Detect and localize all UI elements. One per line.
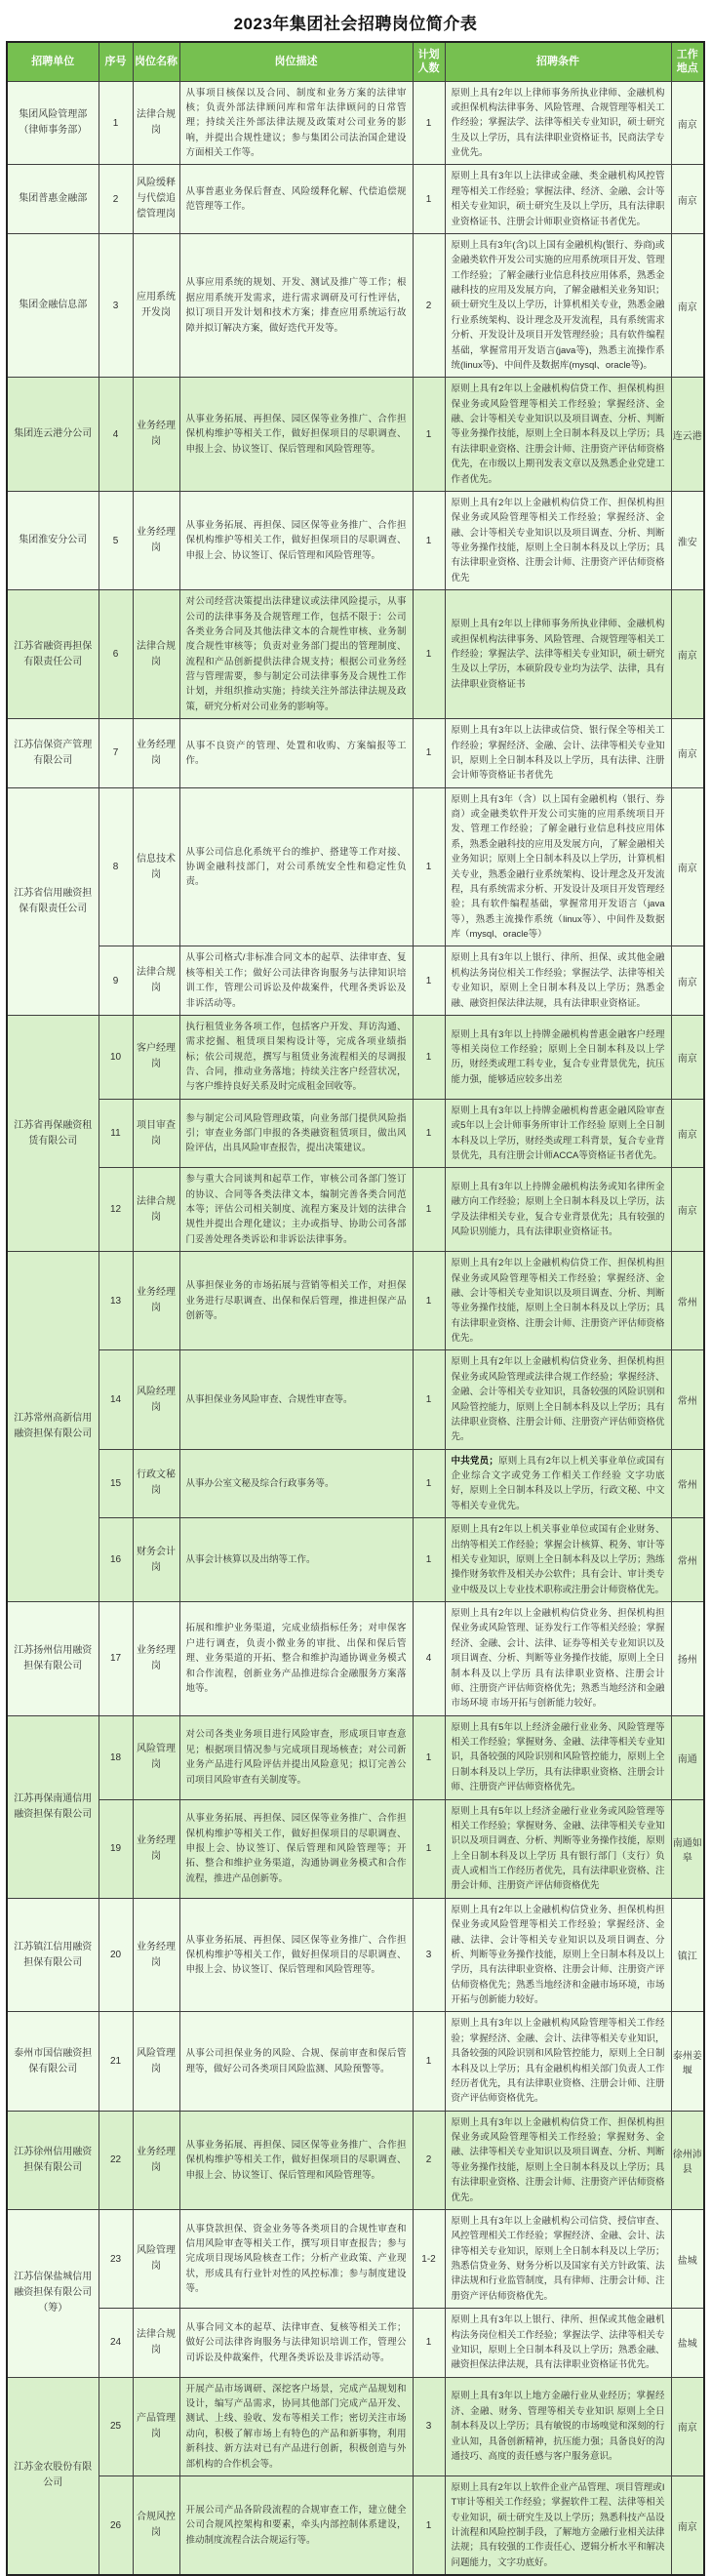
work-location-cell: 盐城 [671, 2309, 704, 2378]
row-number-cell: 9 [99, 946, 133, 1016]
position-title-cell: 法律合规岗 [133, 81, 179, 165]
position-description-cell: 从事贷款担保、资金业务等各类项目的合规性审查和信用风险审查等相关工作，撰写项目审… [179, 2209, 413, 2308]
table-header-row: 招聘单位序号岗位名称岗位描述计划人数招聘条件工作地点 [7, 42, 704, 81]
planned-count-cell: 1 [413, 81, 445, 165]
position-title-cell: 信息技术岗 [133, 787, 179, 946]
work-location-cell: 南通如皋 [671, 1799, 704, 1898]
recruit-conditions-cell: 原则上具有3年(含)以上国有金融机构(银行、券商)或金融类软件开发公司实施的应用… [445, 233, 671, 377]
planned-count-cell: 1 [413, 1799, 445, 1898]
row-number-cell: 12 [99, 1168, 133, 1252]
row-number-cell: 7 [99, 719, 133, 788]
position-title-cell: 业务经理岗 [133, 491, 179, 589]
table-row: 集团普惠金融部2风险缓释与代偿追偿管理岗从事普惠业务保后督查、风险缓释化解、代偿… [7, 165, 704, 234]
column-header: 序号 [99, 42, 133, 81]
row-number-cell: 18 [99, 1715, 133, 1799]
work-location-cell: 南京 [671, 787, 704, 946]
table-row: 集团连云港分公司4业务经理岗从事业务拓展、再担保、园区保等业务推广、合作担保机构… [7, 378, 704, 492]
column-header: 工作地点 [671, 42, 704, 81]
position-title-cell: 应用系统开发岗 [133, 233, 179, 377]
recruit-conditions-cell: 原则上具有3年以上金融机构风险管理等相关工作经验；掌握经济、金融、会计、法律等相… [445, 2012, 671, 2111]
planned-count-cell: 1 [413, 1099, 445, 1168]
position-description-cell: 从事公司担保业务的风险、合规、保前审查和保后管理等，做好公司各类项目风险监测、风… [179, 2012, 413, 2111]
work-location-cell: 南京 [671, 946, 704, 1016]
table-row: 12法律合规岗参与重大合同谈判和起草工作，审核公司各部门签订的协议、合同等各类法… [7, 1168, 704, 1252]
position-description-cell: 从事业务拓展、再担保、园区保等业务推广、合作担保机构维护等相关工作，做好担保项目… [179, 1898, 413, 2012]
position-description-cell: 从事合同文本的起草、法律审查、复核等相关工作；做好公司法律咨询服务与法律知识培训… [179, 2309, 413, 2378]
position-description-cell: 开展公司产品各阶段流程的合规审查工作，建立健全公司合规风控架构和要素，牵头内部控… [179, 2475, 413, 2575]
work-location-cell: 南京 [671, 165, 704, 234]
column-header: 岗位名称 [133, 42, 179, 81]
recruit-conditions-cell: 原则上具有3年以上银行、律所、担保、或其他金融机构法务岗位相关工作经验；掌握法学… [445, 946, 671, 1016]
row-number-cell: 2 [99, 165, 133, 234]
row-number-cell: 5 [99, 491, 133, 589]
table-row: 集团金融信息部3应用系统开发岗从事应用系统的规划、开发、测试及推广等工作；根据应… [7, 233, 704, 377]
planned-count-cell: 1 [413, 1350, 445, 1449]
recruit-conditions-cell: 原则上具有2年以上金融机构信贷工作、担保机构担保业务或风险管理等相关工作经验；掌… [445, 491, 671, 589]
position-description-cell: 从事项目核保以及合同、制度和业务方案的法律审核；负责外部法律顾问库和常年法律顾问… [179, 81, 413, 165]
planned-count-cell: 1 [413, 1518, 445, 1602]
recruit-conditions-cell: 原则上具有3年（含）以上国有金融机构（银行、券商）或金融类软件开发公司实施的应用… [445, 787, 671, 946]
planned-count-cell: 1 [413, 590, 445, 719]
work-location-cell: 徐州沛县 [671, 2111, 704, 2209]
position-title-cell: 客户经理岗 [133, 1015, 179, 1099]
table-row: 9法律合规岗从事公司格式/非标准合同文本的起草、法律审查、复核等相关工作；做好公… [7, 946, 704, 1016]
unit-cell: 集团淮安分公司 [7, 491, 99, 589]
work-location-cell: 南通 [671, 1715, 704, 1799]
table-row: 江苏徐州信用融资担保有限公司22业务经理岗从事业务拓展、再担保、园区保等业务推广… [7, 2111, 704, 2209]
position-title-cell: 业务经理岗 [133, 378, 179, 492]
position-description-cell: 执行租赁业务各项工作，包括客户开发、拜访沟通、需求挖掘、租赁项目架构设计等，完成… [179, 1015, 413, 1099]
position-description-cell: 从事公司格式/非标准合同文本的起草、法律审查、复核等相关工作；做好公司法律咨询服… [179, 946, 413, 1016]
recruit-conditions-cell: 中共党员；原则上具有2年以上机关事业单位或国有企业综合文字或党务工作相关工作经验… [445, 1449, 671, 1518]
work-location-cell: 盐城 [671, 2209, 704, 2308]
position-title-cell: 风险管理岗 [133, 1715, 179, 1799]
unit-cell: 泰州市国信融资担保有限公司 [7, 2012, 99, 2111]
position-title-cell: 产品管理岗 [133, 2377, 179, 2475]
row-number-cell: 10 [99, 1015, 133, 1099]
table-row: 14风险经理岗从事担保业务风险审查、合规性审查等。1原则上具有2年以上金融机构信… [7, 1350, 704, 1449]
table-row: 泰州市国信融资担保有限公司21风险管理岗从事公司担保业务的风险、合规、保前审查和… [7, 2012, 704, 2111]
row-number-cell: 25 [99, 2377, 133, 2475]
position-description-cell: 参与制定公司风险管理政策，向业务部门提供风险指引；审查业务部门申报的各类融资租赁… [179, 1099, 413, 1168]
position-title-cell: 业务经理岗 [133, 1252, 179, 1350]
work-location-cell: 南京 [671, 81, 704, 165]
row-number-cell: 23 [99, 2209, 133, 2308]
table-row: 江苏省再保融资租赁有限公司10客户经理岗执行租赁业务各项工作，包括客户开发、拜访… [7, 1015, 704, 1099]
recruit-conditions-cell: 原则上具有2年以上软件企业产品管理、项目管理或IT审计等相关工作经验；掌握软件工… [445, 2475, 671, 2575]
page-title: 2023年集团社会招聘岗位简介表 [0, 0, 711, 41]
recruit-conditions-cell: 原则上具有3年以上金融机构信贷工作、担保机构担保业务或风险管理等相关工作经验；掌… [445, 2111, 671, 2209]
planned-count-cell: 1 [413, 2309, 445, 2378]
row-number-cell: 3 [99, 233, 133, 377]
work-location-cell: 镇江 [671, 1898, 704, 2012]
table-row: 江苏金农股份有限公司25产品管理岗开展产品市场调研、深挖客户场景，完成产品规划和… [7, 2377, 704, 2475]
table-row: 24法律合规岗从事合同文本的起草、法律审查、复核等相关工作；做好公司法律咨询服务… [7, 2309, 704, 2378]
recruit-conditions-cell: 原则上具有3年以上持牌金融机构法务或知名律所金融方向工作经验；原则上全日制本科及… [445, 1168, 671, 1252]
table-row: 26合规风控岗开展公司产品各阶段流程的合规审查工作，建立健全公司合规风控架构和要… [7, 2475, 704, 2575]
position-description-cell: 从事担保业务风险审查、合规性审查等。 [179, 1350, 413, 1449]
work-location-cell: 常州 [671, 1252, 704, 1350]
recruit-conditions-cell: 原则上具有2年以上律师事务所执业律师、金融机构或担保机构法律事务、风险管理、合规… [445, 590, 671, 719]
row-number-cell: 8 [99, 787, 133, 946]
table-row: 15行政文秘岗从事办公室文秘及综合行政事务等。1中共党员；原则上具有2年以上机关… [7, 1449, 704, 1518]
position-title-cell: 法律合规岗 [133, 1168, 179, 1252]
planned-count-cell: 1 [413, 1715, 445, 1799]
recruit-conditions-cell: 原则上具有5年以上经济金融行业业务或风险管理等相关工作经验；掌握财务、金融、法律… [445, 1799, 671, 1898]
table-row: 江苏扬州信用融资担保有限公司17业务经理岗拓展和维护业务渠道，完成业绩指标任务；… [7, 1602, 704, 1716]
work-location-cell: 连云港 [671, 378, 704, 492]
recruit-conditions-cell: 原则上具有2年以上律师事务所执业律师、金融机构或担保机构法律事务、风险管理、合规… [445, 81, 671, 165]
recruitment-table: 招聘单位序号岗位名称岗位描述计划人数招聘条件工作地点 集团风险管理部（律师事务部… [6, 41, 705, 2576]
table-row: 江苏镇江信用融资担保有限公司20业务经理岗从事业务拓展、再担保、园区保等业务推广… [7, 1898, 704, 2012]
unit-cell: 江苏常州高新信用融资担保有限公司 [7, 1252, 99, 1602]
unit-cell: 江苏金农股份有限公司 [7, 2377, 99, 2575]
recruit-conditions-cell: 原则上具有3年以上持牌金融机构普惠金融风险审查或5年以上会计师事务所审计工作经验… [445, 1099, 671, 1168]
recruit-conditions-cell: 原则上具有3年以上法律或信贷、银行保全等相关工作经验；掌握经济、金融、会计、法律… [445, 719, 671, 788]
planned-count-cell: 1 [413, 1252, 445, 1350]
position-description-cell: 从事办公室文秘及综合行政事务等。 [179, 1449, 413, 1518]
position-title-cell: 风险管理岗 [133, 2209, 179, 2308]
row-number-cell: 6 [99, 590, 133, 719]
row-number-cell: 1 [99, 81, 133, 165]
recruit-conditions-cell: 原则上具有2年以上金融机构信贷业务、担保机构担保业务或风险管理、证券发行工作等相… [445, 1602, 671, 1716]
table-row: 江苏省信用融资担保有限责任公司8信息技术岗从事公司信息化系统平台的维护、搭建等工… [7, 787, 704, 946]
recruit-conditions-cell: 原则上具有2年以上机关事业单位或国有企业财务、出纳等相关工作经验；掌握会计核算、… [445, 1518, 671, 1602]
planned-count-cell: 1 [413, 946, 445, 1016]
table-row: 江苏再保南通信用融资担保有限公司18风险管理岗对公司各类业务项目进行风险审查，形… [7, 1715, 704, 1799]
recruit-conditions-cell: 原则上具有3年以上地方金融行业从业经历；掌握经济、金融、财务、管理等相关专业知识… [445, 2377, 671, 2475]
table-row: 江苏常州高新信用融资担保有限公司13业务经理岗从事担保业务的市场拓展与营销等相关… [7, 1252, 704, 1350]
position-description-cell: 对公司各类业务项目进行风险审查，形成项目审查意见；根据项目情况参与完成项目现场核… [179, 1715, 413, 1799]
column-header: 招聘条件 [445, 42, 671, 81]
position-description-cell: 对公司经营决策提出法律建议或法律风险提示，从事公司的法律事务及合规管理工作，包括… [179, 590, 413, 719]
work-location-cell: 南京 [671, 1168, 704, 1252]
unit-cell: 集团连云港分公司 [7, 378, 99, 492]
position-title-cell: 业务经理岗 [133, 1799, 179, 1898]
position-description-cell: 拓展和维护业务渠道，完成业绩指标任务；对申保客户进行调查，负责小微业务的审批、出… [179, 1602, 413, 1716]
row-number-cell: 24 [99, 2309, 133, 2378]
unit-cell: 江苏信保资产管理有限公司 [7, 719, 99, 788]
recruit-conditions-cell: 原则上具有5年以上经济金融行业业务、风险管理等相关工作经验；掌握财务、金融、法律… [445, 1715, 671, 1799]
work-location-cell: 南京 [671, 1015, 704, 1099]
work-location-cell: 淮安 [671, 491, 704, 589]
position-title-cell: 法律合规岗 [133, 946, 179, 1016]
recruit-conditions-cell: 原则上具有2年以上金融机构信贷工作、担保机构担保业务或风险管理等相关工作经验；掌… [445, 1252, 671, 1350]
recruit-conditions-cell: 原则上具有3年以上银行、律所、担保或其他金融机构法务岗位相关工作经验；掌握法学、… [445, 2309, 671, 2378]
table-body: 集团风险管理部（律师事务部）1法律合规岗从事项目核保以及合同、制度和业务方案的法… [7, 81, 704, 2575]
unit-cell: 江苏省融资再担保有限责任公司 [7, 590, 99, 719]
position-title-cell: 业务经理岗 [133, 719, 179, 788]
position-title-cell: 风险经理岗 [133, 1350, 179, 1449]
work-location-cell: 泰州姜堰 [671, 2012, 704, 2111]
position-description-cell: 参与重大合同谈判和起草工作，审核公司各部门签订的协议、合同等各类法律文本，编制完… [179, 1168, 413, 1252]
row-number-cell: 14 [99, 1350, 133, 1449]
row-number-cell: 16 [99, 1518, 133, 1602]
work-location-cell: 常州 [671, 1518, 704, 1602]
position-description-cell: 从事普惠业务保后督查、风险缓释化解、代偿追偿规范管理等工作。 [179, 165, 413, 234]
table-row: 江苏信保盐城信用融资担保有限公司（筹）23风险管理岗从事贷款担保、资金业务等各类… [7, 2209, 704, 2308]
position-title-cell: 财务会计岗 [133, 1518, 179, 1602]
recruit-conditions-cell: 原则上具有3年以上持牌金融机构普惠金融客户经理等相关岗位工作经验；原则上全日制本… [445, 1015, 671, 1099]
row-number-cell: 21 [99, 2012, 133, 2111]
unit-cell: 江苏信保盐城信用融资担保有限公司（筹） [7, 2209, 99, 2377]
position-title-cell: 法律合规岗 [133, 590, 179, 719]
position-title-cell: 项目审查岗 [133, 1099, 179, 1168]
work-location-cell: 南京 [671, 1099, 704, 1168]
position-description-cell: 从事业务拓展、再担保、园区保等业务推广、合作担保机构维护等相关工作，做好担保项目… [179, 2111, 413, 2209]
row-number-cell: 4 [99, 378, 133, 492]
table-row: 19业务经理岗从事业务拓展、再担保、园区保等业务推广、合作担保机构维护等相关工作… [7, 1799, 704, 1898]
position-title-cell: 业务经理岗 [133, 2111, 179, 2209]
row-number-cell: 11 [99, 1099, 133, 1168]
planned-count-cell: 2 [413, 2111, 445, 2209]
table-row: 集团淮安分公司5业务经理岗从事业务拓展、再担保、园区保等业务推广、合作担保机构维… [7, 491, 704, 589]
unit-cell: 江苏省再保融资租赁有限公司 [7, 1015, 99, 1251]
position-description-cell: 从事担保业务的市场拓展与营销等相关工作，对担保业务进行尽职调查、出保和保后管理，… [179, 1252, 413, 1350]
work-location-cell: 南京 [671, 590, 704, 719]
planned-count-cell: 1 [413, 378, 445, 492]
position-title-cell: 法律合规岗 [133, 2309, 179, 2378]
position-description-cell: 从事公司信息化系统平台的维护、搭建等工作对接、协调金融科技部门，对公司系统安全性… [179, 787, 413, 946]
table-row: 集团风险管理部（律师事务部）1法律合规岗从事项目核保以及合同、制度和业务方案的法… [7, 81, 704, 165]
recruit-conditions-cell: 原则上具有3年以上法律或金融、类金融机构风控管理等相关工作经验；掌握法律、经济、… [445, 165, 671, 234]
planned-count-cell: 1 [413, 719, 445, 788]
work-location-cell: 南京 [671, 2475, 704, 2575]
position-description-cell: 从事业务拓展、再担保、园区保等业务推广、合作担保机构维护等相关工作，做好担保项目… [179, 378, 413, 492]
row-number-cell: 20 [99, 1898, 133, 2012]
position-title-cell: 风险管理岗 [133, 2012, 179, 2111]
unit-cell: 江苏徐州信用融资担保有限公司 [7, 2111, 99, 2209]
table-row: 江苏信保资产管理有限公司7业务经理岗从事不良资产的管理、处置和收购、方案编报等工… [7, 719, 704, 788]
planned-count-cell: 4 [413, 1602, 445, 1716]
planned-count-cell: 3 [413, 1898, 445, 2012]
unit-cell: 集团普惠金融部 [7, 165, 99, 234]
planned-count-cell: 1 [413, 491, 445, 589]
column-header: 岗位描述 [179, 42, 413, 81]
conditions-bold-prefix: 中共党员； [452, 1456, 498, 1467]
position-title-cell: 业务经理岗 [133, 1602, 179, 1716]
work-location-cell: 南京 [671, 233, 704, 377]
row-number-cell: 26 [99, 2475, 133, 2575]
work-location-cell: 常州 [671, 1350, 704, 1449]
planned-count-cell: 2 [413, 233, 445, 377]
row-number-cell: 22 [99, 2111, 133, 2209]
planned-count-cell: 3 [413, 2377, 445, 2475]
position-title-cell: 业务经理岗 [133, 1898, 179, 2012]
position-title-cell: 行政文秘岗 [133, 1449, 179, 1518]
recruit-conditions-cell: 原则上具有2年以上金融机构信贷业务、担保机构担保业务或风险管理或法律合规工作经验… [445, 1350, 671, 1449]
planned-count-cell: 1 [413, 1168, 445, 1252]
planned-count-cell: 1 [413, 1015, 445, 1099]
table-row: 江苏省融资再担保有限责任公司6法律合规岗对公司经营决策提出法律建议或法律风险提示… [7, 590, 704, 719]
position-description-cell: 开展产品市场调研、深挖客户场景，完成产品规划和设计，编写产品需求，协同其他部门完… [179, 2377, 413, 2475]
recruit-conditions-cell: 原则上具有2年以上金融机构信贷业务、担保机构担保业务或风险管理等相关工作经验；掌… [445, 1898, 671, 2012]
planned-count-cell: 1-2 [413, 2209, 445, 2308]
planned-count-cell: 1 [413, 787, 445, 946]
position-description-cell: 从事业务拓展、再担保、园区保等业务推广、合作担保机构维护等相关工作，做好担保项目… [179, 491, 413, 589]
position-title-cell: 合规风控岗 [133, 2475, 179, 2575]
planned-count-cell: 1 [413, 165, 445, 234]
unit-cell: 江苏再保南通信用融资担保有限公司 [7, 1715, 99, 1898]
table-row: 11项目审查岗参与制定公司风险管理政策，向业务部门提供风险指引；审查业务部门申报… [7, 1099, 704, 1168]
planned-count-cell: 1 [413, 2475, 445, 2575]
unit-cell: 江苏镇江信用融资担保有限公司 [7, 1898, 99, 2012]
recruit-conditions-cell: 原则上具有3年以上金融机构公司信贷、授信审查、风控管理相关工作经验；掌握经济、金… [445, 2209, 671, 2308]
work-location-cell: 扬州 [671, 1602, 704, 1716]
work-location-cell: 南京 [671, 719, 704, 788]
row-number-cell: 17 [99, 1602, 133, 1716]
table-row: 16财务会计岗从事会计核算以及出纳等工作。1原则上具有2年以上机关事业单位或国有… [7, 1518, 704, 1602]
position-description-cell: 从事不良资产的管理、处置和收购、方案编报等工作。 [179, 719, 413, 788]
planned-count-cell: 1 [413, 2012, 445, 2111]
unit-cell: 江苏省信用融资担保有限责任公司 [7, 787, 99, 1015]
work-location-cell: 南京 [671, 2377, 704, 2475]
column-header: 招聘单位 [7, 42, 99, 81]
position-description-cell: 从事会计核算以及出纳等工作。 [179, 1518, 413, 1602]
unit-cell: 江苏扬州信用融资担保有限公司 [7, 1602, 99, 1716]
unit-cell: 集团金融信息部 [7, 233, 99, 377]
position-title-cell: 风险缓释与代偿追偿管理岗 [133, 165, 179, 234]
work-location-cell: 常州 [671, 1449, 704, 1518]
row-number-cell: 19 [99, 1799, 133, 1898]
recruit-conditions-cell: 原则上具有2年以上金融机构信贷工作、担保机构担保业务或风险管理等相关工作经验；掌… [445, 378, 671, 492]
column-header: 计划人数 [413, 42, 445, 81]
unit-cell: 集团风险管理部（律师事务部） [7, 81, 99, 165]
position-description-cell: 从事业务拓展、再担保、园区保等业务推广、合作担保机构维护等相关工作，做好担保项目… [179, 1799, 413, 1898]
position-description-cell: 从事应用系统的规划、开发、测试及推广等工作；根据应用系统开发需求，进行需求调研及… [179, 233, 413, 377]
planned-count-cell: 1 [413, 1449, 445, 1518]
row-number-cell: 13 [99, 1252, 133, 1350]
row-number-cell: 15 [99, 1449, 133, 1518]
